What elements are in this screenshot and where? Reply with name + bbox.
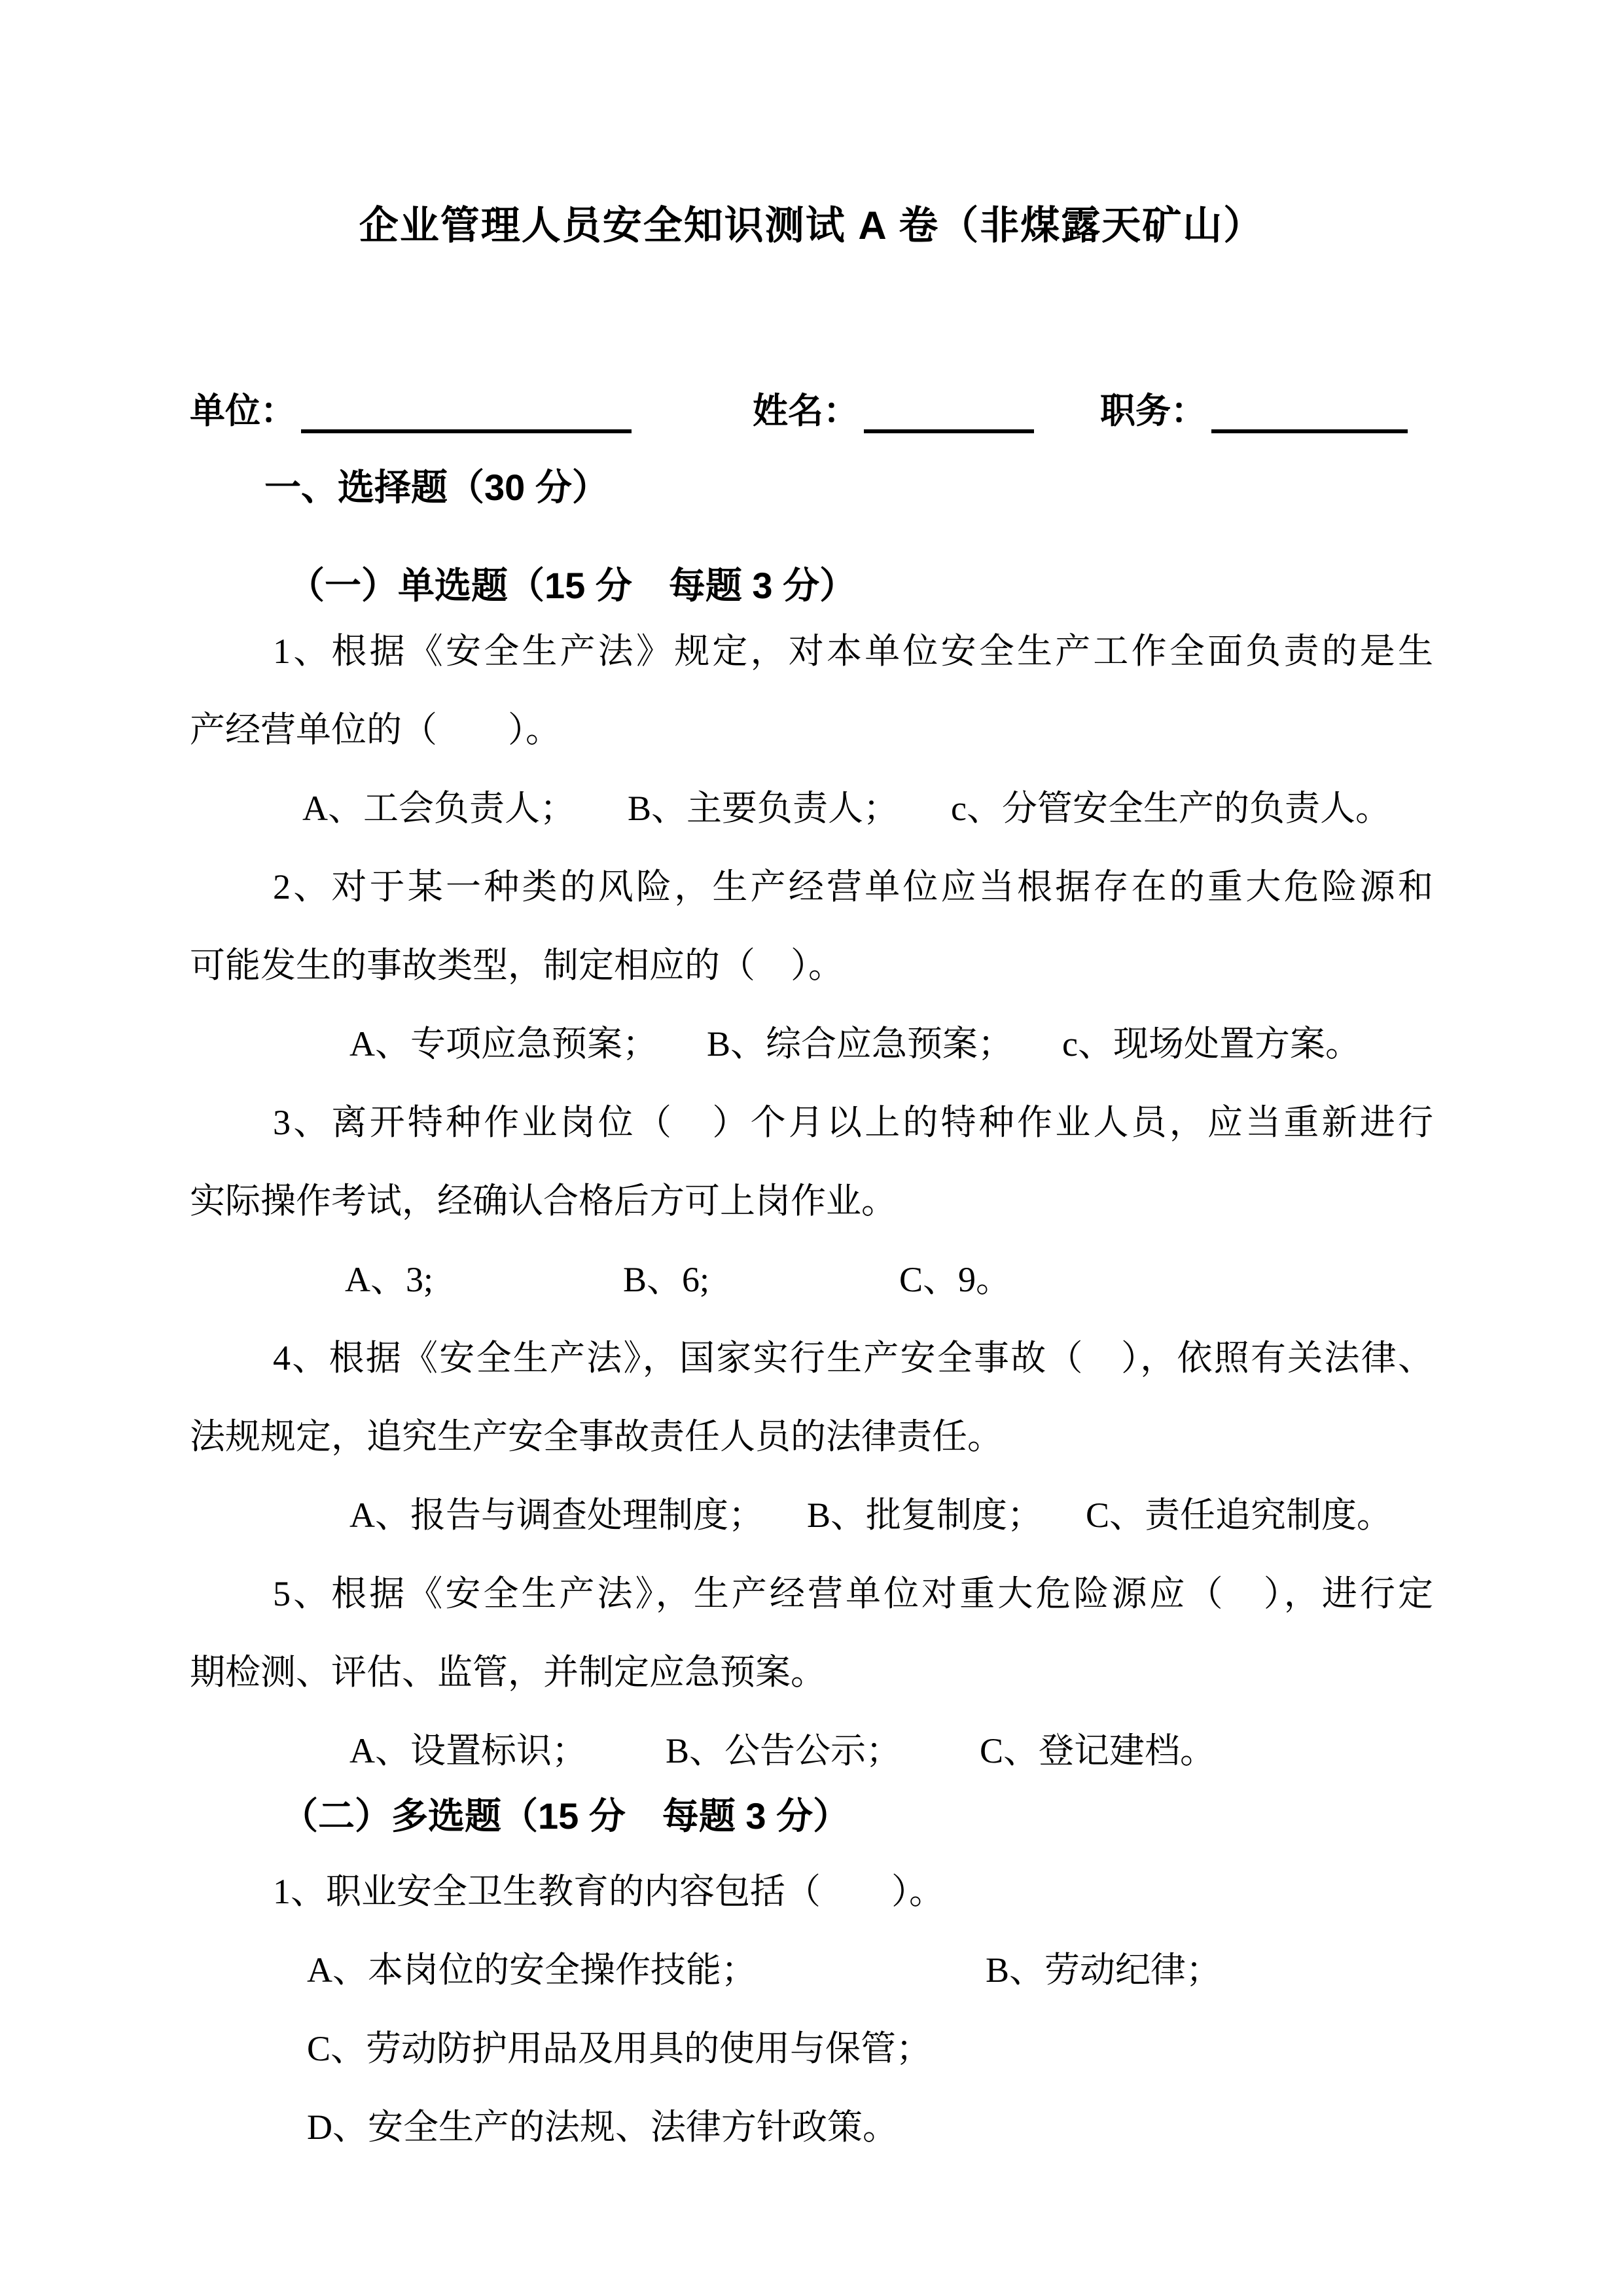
unit-label: 单位： (190, 391, 296, 431)
single-q5-option-a: A、设置标识； (349, 1712, 587, 1790)
single-q1-option-b: B、主要负责人； (628, 769, 899, 848)
subsection-heading-multi-choice: （二）多选题（15 分 每题 3 分） (190, 1780, 1433, 1852)
single-q5-option-b: B、公告公示； (666, 1712, 901, 1790)
multi-q1-options-ab: A、本岗位的安全操作技能；B、劳动纪律； (190, 1931, 1433, 2009)
single-q2-options: A、专项应急预案；B、综合应急预案；c、现场处置方案。 (190, 1005, 1433, 1083)
single-q4-line1: 4、根据《安全生产法》，国家实行生产安全事故（ ），依照有关法律、 (190, 1319, 1433, 1397)
test-paper-page: 企业管理人员安全知识测试 A 卷（非煤露天矿山） 单位： 姓名： 职务： 一、选… (0, 0, 1623, 2296)
single-q1-option-c: c、分管安全生产的负责人。 (951, 769, 1391, 848)
single-q4-option-a: A、报告与调查处理制度； (349, 1476, 764, 1554)
single-q3-option-a: A、3; (345, 1240, 433, 1319)
single-q3-option-b: B、6; (623, 1240, 709, 1319)
single-q4-line2: 法规规定，追究生产安全事故责任人员的法律责任。 (190, 1397, 1433, 1476)
name-label: 姓名： (753, 391, 859, 431)
single-q4-option-c: C、责任追究制度。 (1086, 1476, 1392, 1554)
single-q2-option-c: c、现场处置方案。 (1062, 1005, 1361, 1083)
single-q4-options: A、报告与调查处理制度；B、批复制度；C、责任追究制度。 (190, 1476, 1433, 1554)
single-q3-option-c: C、9。 (899, 1240, 1011, 1319)
multi-choice-questions: 1、职业安全卫生教育的内容包括（ ）。 A、本岗位的安全操作技能；B、劳动纪律；… (190, 1852, 1433, 2166)
name-field: 姓名： (753, 383, 1034, 433)
single-q5-line1: 5、根据《安全生产法》，生产经营单位对重大危险源应（ ），进行定 (190, 1554, 1433, 1633)
multi-q1-option-b: B、劳动纪律； (986, 1931, 1221, 2009)
page-title: 企业管理人员安全知识测试 A 卷（非煤露天矿山） (190, 196, 1433, 255)
multi-q1-option-c: C、劳动防护用品及用具的使用与保管； (307, 2009, 931, 2088)
subsection-heading-single-choice: （一）单选题（15 分 每题 3 分） (190, 560, 1433, 612)
section-heading-choice: 一、选择题（30 分） (190, 461, 1433, 514)
multi-q1-option-a: A、本岗位的安全操作技能； (307, 1931, 757, 2009)
single-q5-line2: 期检测、评估、监管，并制定应急预案。 (190, 1633, 1433, 1712)
single-q3-options: A、3;B、6;C、9。 (190, 1240, 1433, 1319)
unit-blank-line (301, 387, 632, 433)
single-q3-line1: 3、离开特种作业岗位（ ）个月以上的特种作业人员，应当重新进行 (190, 1083, 1433, 1162)
duty-blank-line (1211, 387, 1408, 433)
single-q4-option-b: B、批复制度； (807, 1476, 1043, 1554)
single-q2-option-b: B、综合应急预案； (707, 1005, 1013, 1083)
unit-field: 单位： (190, 383, 632, 433)
multi-q1-line1: 1、职业安全卫生教育的内容包括（ ）。 (190, 1852, 1433, 1931)
single-choice-questions: 1、根据《安全生产法》规定，对本单位安全生产工作全面负责的是生 产经营单位的（ … (190, 612, 1433, 1790)
multi-q1-options-d: D、安全生产的法规、法律方针政策。 (190, 2088, 1433, 2166)
single-q5-options: A、设置标识；B、公告公示；C、登记建档。 (190, 1712, 1433, 1790)
single-q1-line1: 1、根据《安全生产法》规定，对本单位安全生产工作全面负责的是生 (190, 612, 1433, 691)
duty-label: 职务： (1100, 391, 1206, 431)
multi-q1-option-d: D、安全生产的法规、法律方针政策。 (307, 2088, 898, 2166)
single-q2-line2: 可能发生的事故类型，制定相应的（ ）。 (190, 926, 1433, 1005)
duty-field: 职务： (1100, 383, 1408, 433)
single-q2-line1: 2、对于某一种类的风险，生产经营单位应当根据存在的重大危险源和 (190, 848, 1433, 926)
single-q1-option-a: A、工会负责人； (302, 769, 575, 848)
single-q3-line2: 实际操作考试，经确认合格后方可上岗作业。 (190, 1162, 1433, 1240)
single-q2-option-a: A、专项应急预案； (349, 1005, 658, 1083)
header-fields: 单位： 姓名： 职务： (190, 383, 1433, 435)
single-q5-option-c: C、登记建档。 (980, 1712, 1215, 1790)
single-q1-options: A、工会负责人；B、主要负责人；c、分管安全生产的负责人。 (190, 769, 1433, 848)
multi-q1-options-c: C、劳动防护用品及用具的使用与保管； (190, 2009, 1433, 2088)
name-blank-line (864, 387, 1034, 433)
single-q1-line2: 产经营单位的（ ）。 (190, 691, 1433, 769)
